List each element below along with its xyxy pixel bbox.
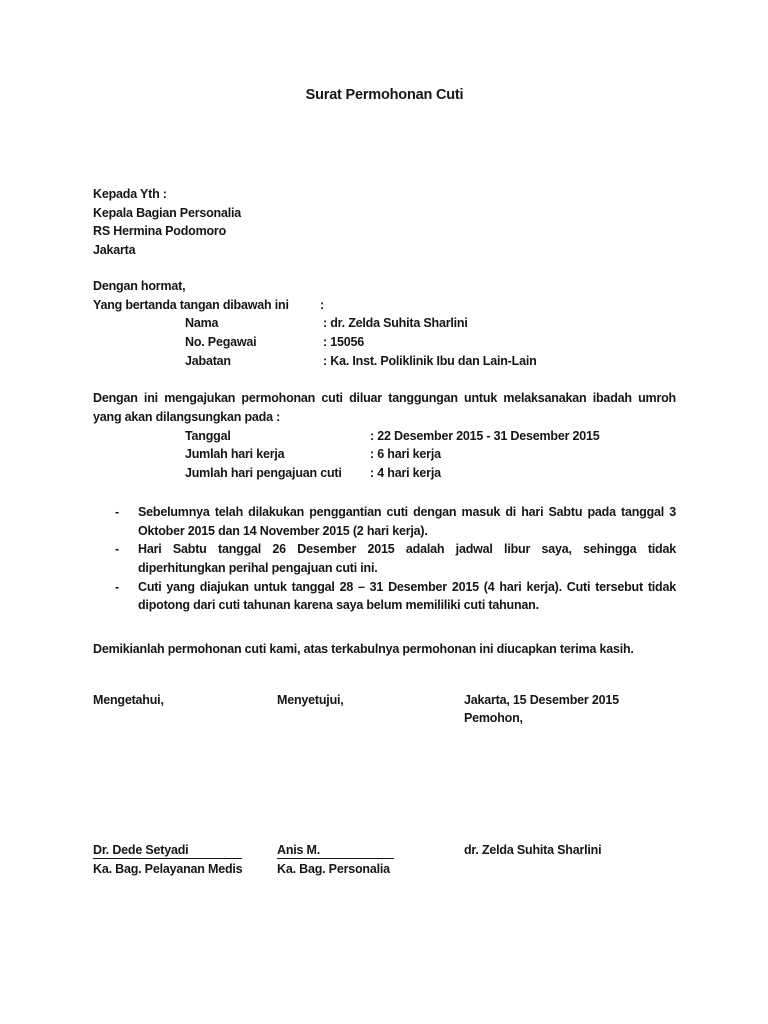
signoff-row: Mengetahui, Menyetujui, Jakarta, 15 Dese… <box>93 691 676 728</box>
identity-value: : dr. Zelda Suhita Sharlini <box>323 316 468 330</box>
signoff-date: Jakarta, 15 Desember 2015 <box>464 691 676 710</box>
notes-list: -Sebelumnya telah dilakukan penggantian … <box>93 503 676 615</box>
note-dash: - <box>115 540 119 559</box>
note-text: Cuti yang diajukan untuk tanggal 28 – 31… <box>138 580 676 613</box>
recipient-line-3: RS Hermina Podomoro <box>93 222 676 241</box>
signature-left: Dr. Dede Setyadi Ka. Bag. Pelayanan Medi… <box>93 841 277 878</box>
identity-row-nama: Nama: dr. Zelda Suhita Sharlini <box>93 314 676 333</box>
signoff-pemohon: Pemohon, <box>464 709 676 728</box>
recipient-block: Kepada Yth : Kepala Bagian Personalia RS… <box>93 185 676 260</box>
identity-value: : 15056 <box>323 335 364 349</box>
signature-middle: Anis M. Ka. Bag. Personalia <box>277 841 464 878</box>
identity-value: : Ka. Inst. Poliklinik Ibu dan Lain-Lain <box>323 354 537 368</box>
signature-left-name: Dr. Dede Setyadi <box>93 842 242 859</box>
detail-row-pengajuan-cuti: Jumlah hari pengajuan cuti: 4 hari kerja <box>93 464 676 483</box>
signature-right-name: dr. Zelda Suhita Sharlini <box>464 841 676 860</box>
signature-middle-role: Ka. Bag. Personalia <box>277 860 464 879</box>
signature-right: dr. Zelda Suhita Sharlini <box>464 841 676 878</box>
detail-value: : 6 hari kerja <box>370 447 441 461</box>
request-block: Dengan ini mengajukan permohonan cuti di… <box>93 389 676 483</box>
signoff-middle: Menyetujui, <box>277 691 464 728</box>
note-text: Hari Sabtu tanggal 26 Desember 2015 adal… <box>138 542 676 575</box>
identity-row-jabatan: Jabatan: Ka. Inst. Poliklinik Ibu dan La… <box>93 352 676 371</box>
closing-paragraph: Demikianlah permohonan cuti kami, atas t… <box>93 640 676 659</box>
request-paragraph: Dengan ini mengajukan permohonan cuti di… <box>93 389 676 426</box>
signature-left-role: Ka. Bag. Pelayanan Medis <box>93 860 277 879</box>
identity-label: Jabatan <box>185 352 323 371</box>
detail-label: Tanggal <box>185 427 370 446</box>
identity-label: Nama <box>185 314 323 333</box>
recipient-line-2: Kepala Bagian Personalia <box>93 204 676 223</box>
note-dash: - <box>115 503 119 522</box>
intro-row: Yang bertanda tangan dibawah ini: <box>93 296 676 315</box>
signature-row: Dr. Dede Setyadi Ka. Bag. Pelayanan Medi… <box>93 841 676 878</box>
letter-title: Surat Permohonan Cuti <box>93 88 676 103</box>
detail-row-hari-kerja: Jumlah hari kerja: 6 hari kerja <box>93 445 676 464</box>
note-item-1: -Sebelumnya telah dilakukan penggantian … <box>93 503 676 540</box>
detail-label: Jumlah hari kerja <box>185 445 370 464</box>
salutation: Dengan hormat, <box>93 277 676 296</box>
detail-row-tanggal: Tanggal: 22 Desember 2015 - 31 Desember … <box>93 427 676 446</box>
identity-row-pegawai: No. Pegawai: 15056 <box>93 333 676 352</box>
signoff-left: Mengetahui, <box>93 691 277 728</box>
greeting-block: Dengan hormat, Yang bertanda tangan diba… <box>93 277 676 371</box>
identity-label: No. Pegawai <box>185 333 323 352</box>
detail-label: Jumlah hari pengajuan cuti <box>185 464 370 483</box>
note-text: Sebelumnya telah dilakukan penggantian c… <box>138 505 676 538</box>
signoff-right: Jakarta, 15 Desember 2015 Pemohon, <box>464 691 676 728</box>
signature-middle-name: Anis M. <box>277 842 394 859</box>
detail-value: : 4 hari kerja <box>370 466 441 480</box>
letter-page: Surat Permohonan Cuti Kepada Yth : Kepal… <box>0 0 768 1024</box>
intro-label: Yang bertanda tangan dibawah ini <box>93 296 320 315</box>
recipient-line-1: Kepada Yth : <box>93 185 676 204</box>
intro-colon: : <box>320 298 324 312</box>
note-dash: - <box>115 578 119 597</box>
note-item-3: -Cuti yang diajukan untuk tanggal 28 – 3… <box>93 578 676 615</box>
note-item-2: -Hari Sabtu tanggal 26 Desember 2015 ada… <box>93 540 676 577</box>
detail-value: : 22 Desember 2015 - 31 Desember 2015 <box>370 429 600 443</box>
recipient-line-4: Jakarta <box>93 241 676 260</box>
